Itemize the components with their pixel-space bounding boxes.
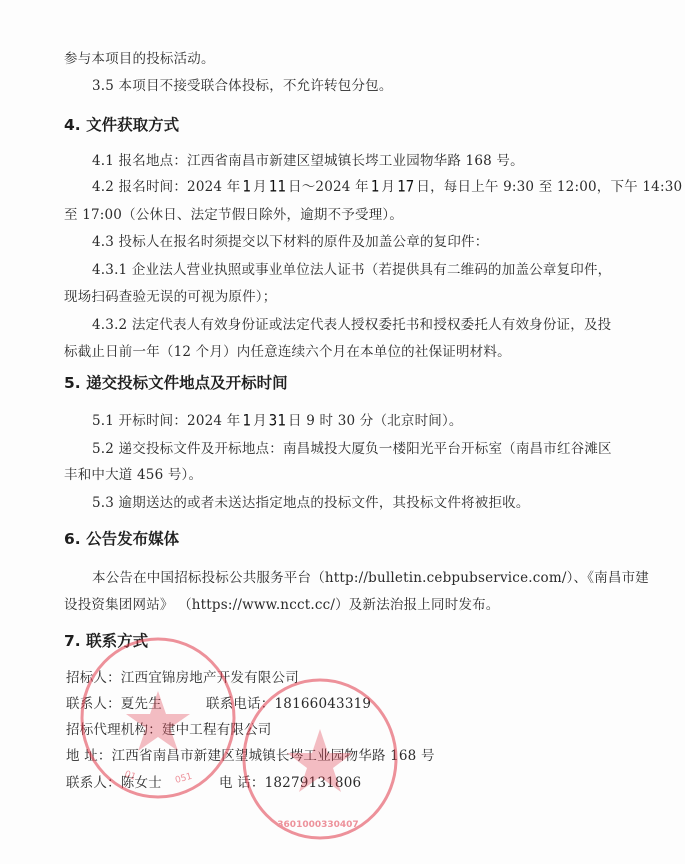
clause-4-3: 4.3 投标人在报名时须提交以下材料的原件及加盖公章的复印件： bbox=[92, 233, 488, 251]
section-5-heading: 5. 递交投标文件地点及开标时间 bbox=[64, 373, 288, 393]
clause-5-1: 5.1 开标时间：2024 年1月31日 9 时 30 分（北京时间）。 bbox=[92, 412, 463, 430]
stamp-code: 3601000330407 bbox=[277, 820, 358, 830]
section-6-heading: 6. 公告发布媒体 bbox=[64, 529, 179, 549]
section-7-heading: 7. 联系方式 bbox=[64, 631, 148, 651]
text: 4.2 报名时间：2024 年 bbox=[92, 179, 240, 195]
publication-media: 本公告在中国招标投标公共服务平台（http://bulletin.cebpubs… bbox=[92, 569, 649, 587]
clause-4-3-1: 4.3.1 企业法人营业执照或事业单位法人证书（若提供具有二维码的加盖公章复印件… bbox=[92, 261, 611, 279]
handwritten-day: 17 bbox=[395, 177, 416, 198]
clause-3-5: 3.5 本项目不接受联合体投标，不允许转包分包。 bbox=[92, 77, 393, 95]
clause-4-2-cont: 至 17:00（公休日、法定节假日除外，逾期不予受理）。 bbox=[64, 206, 403, 224]
handwritten-day: 11 bbox=[267, 177, 288, 198]
text: 日～2024 年 bbox=[288, 179, 369, 195]
clause-5-2-cont: 丰和中大道 456 号）。 bbox=[64, 466, 202, 484]
text: 5.1 开标时间：2024 年 bbox=[92, 413, 240, 429]
contact-person-2: 联系人：陈女士 bbox=[66, 774, 162, 792]
text: 月 bbox=[381, 179, 395, 195]
text: 月 bbox=[253, 179, 267, 195]
clause-4-3-1-cont: 现场扫码查验无误的可视为原件）； bbox=[64, 288, 276, 306]
address: 地 址：江西省南昌市新建区望城镇长埁工业园物华路 168 号 bbox=[66, 747, 435, 765]
tender-agency: 招标代理机构：建中工程有限公司 bbox=[66, 721, 272, 739]
svg-text:051: 051 bbox=[174, 772, 193, 786]
contact-phone-1: 联系电话：18166043319 bbox=[206, 695, 371, 713]
clause-5-3: 5.3 逾期送达的或者未送达指定地点的投标文件，其投标文件将被拒收。 bbox=[92, 494, 530, 512]
contact-person-1: 联系人：夏先生 bbox=[66, 695, 162, 713]
handwritten-month: 1 bbox=[240, 177, 253, 198]
text-line: 参与本项目的投标活动。 bbox=[64, 50, 215, 68]
clause-4-3-2: 4.3.2 法定代表人有效身份证或法定代表人授权委托书和授权委托人有效身份证，及… bbox=[92, 316, 611, 334]
document-page: 参与本项目的投标活动。 3.5 本项目不接受联合体投标，不允许转包分包。 4. … bbox=[0, 0, 685, 864]
clause-4-2: 4.2 报名时间：2024 年1月11日～2024 年1月17日，每日上午 9:… bbox=[92, 178, 682, 196]
clause-4-1: 4.1 报名地点：江西省南昌市新建区望城镇长埁工业园物华路 168 号。 bbox=[92, 152, 524, 170]
handwritten-month: 1 bbox=[369, 177, 382, 198]
clause-4-3-2-cont: 标截止日前一年（12 个月）内任意连续六个月在本单位的社保证明材料。 bbox=[64, 343, 511, 361]
handwritten-month: 1 bbox=[240, 411, 253, 432]
text: 月 bbox=[253, 413, 267, 429]
publication-media-cont: 设投资集团网站》 （https://www.ncct.cc/）及新法治报上同时发… bbox=[64, 596, 500, 614]
text: 日 9 时 30 分（北京时间）。 bbox=[288, 413, 463, 429]
contact-phone-2: 电 话：18279131806 bbox=[219, 774, 361, 792]
tenderer: 招标人：江西宜锦房地产开发有限公司 bbox=[66, 669, 299, 687]
text: 日，每日上午 9:30 至 12:00，下午 14:30 bbox=[416, 179, 682, 195]
section-4-heading: 4. 文件获取方式 bbox=[64, 115, 179, 135]
clause-5-2: 5.2 递交投标文件及开标地点：南昌城投大厦负一楼阳光平台开标室（南昌市红谷滩区 bbox=[92, 440, 612, 458]
handwritten-day: 31 bbox=[267, 411, 288, 432]
